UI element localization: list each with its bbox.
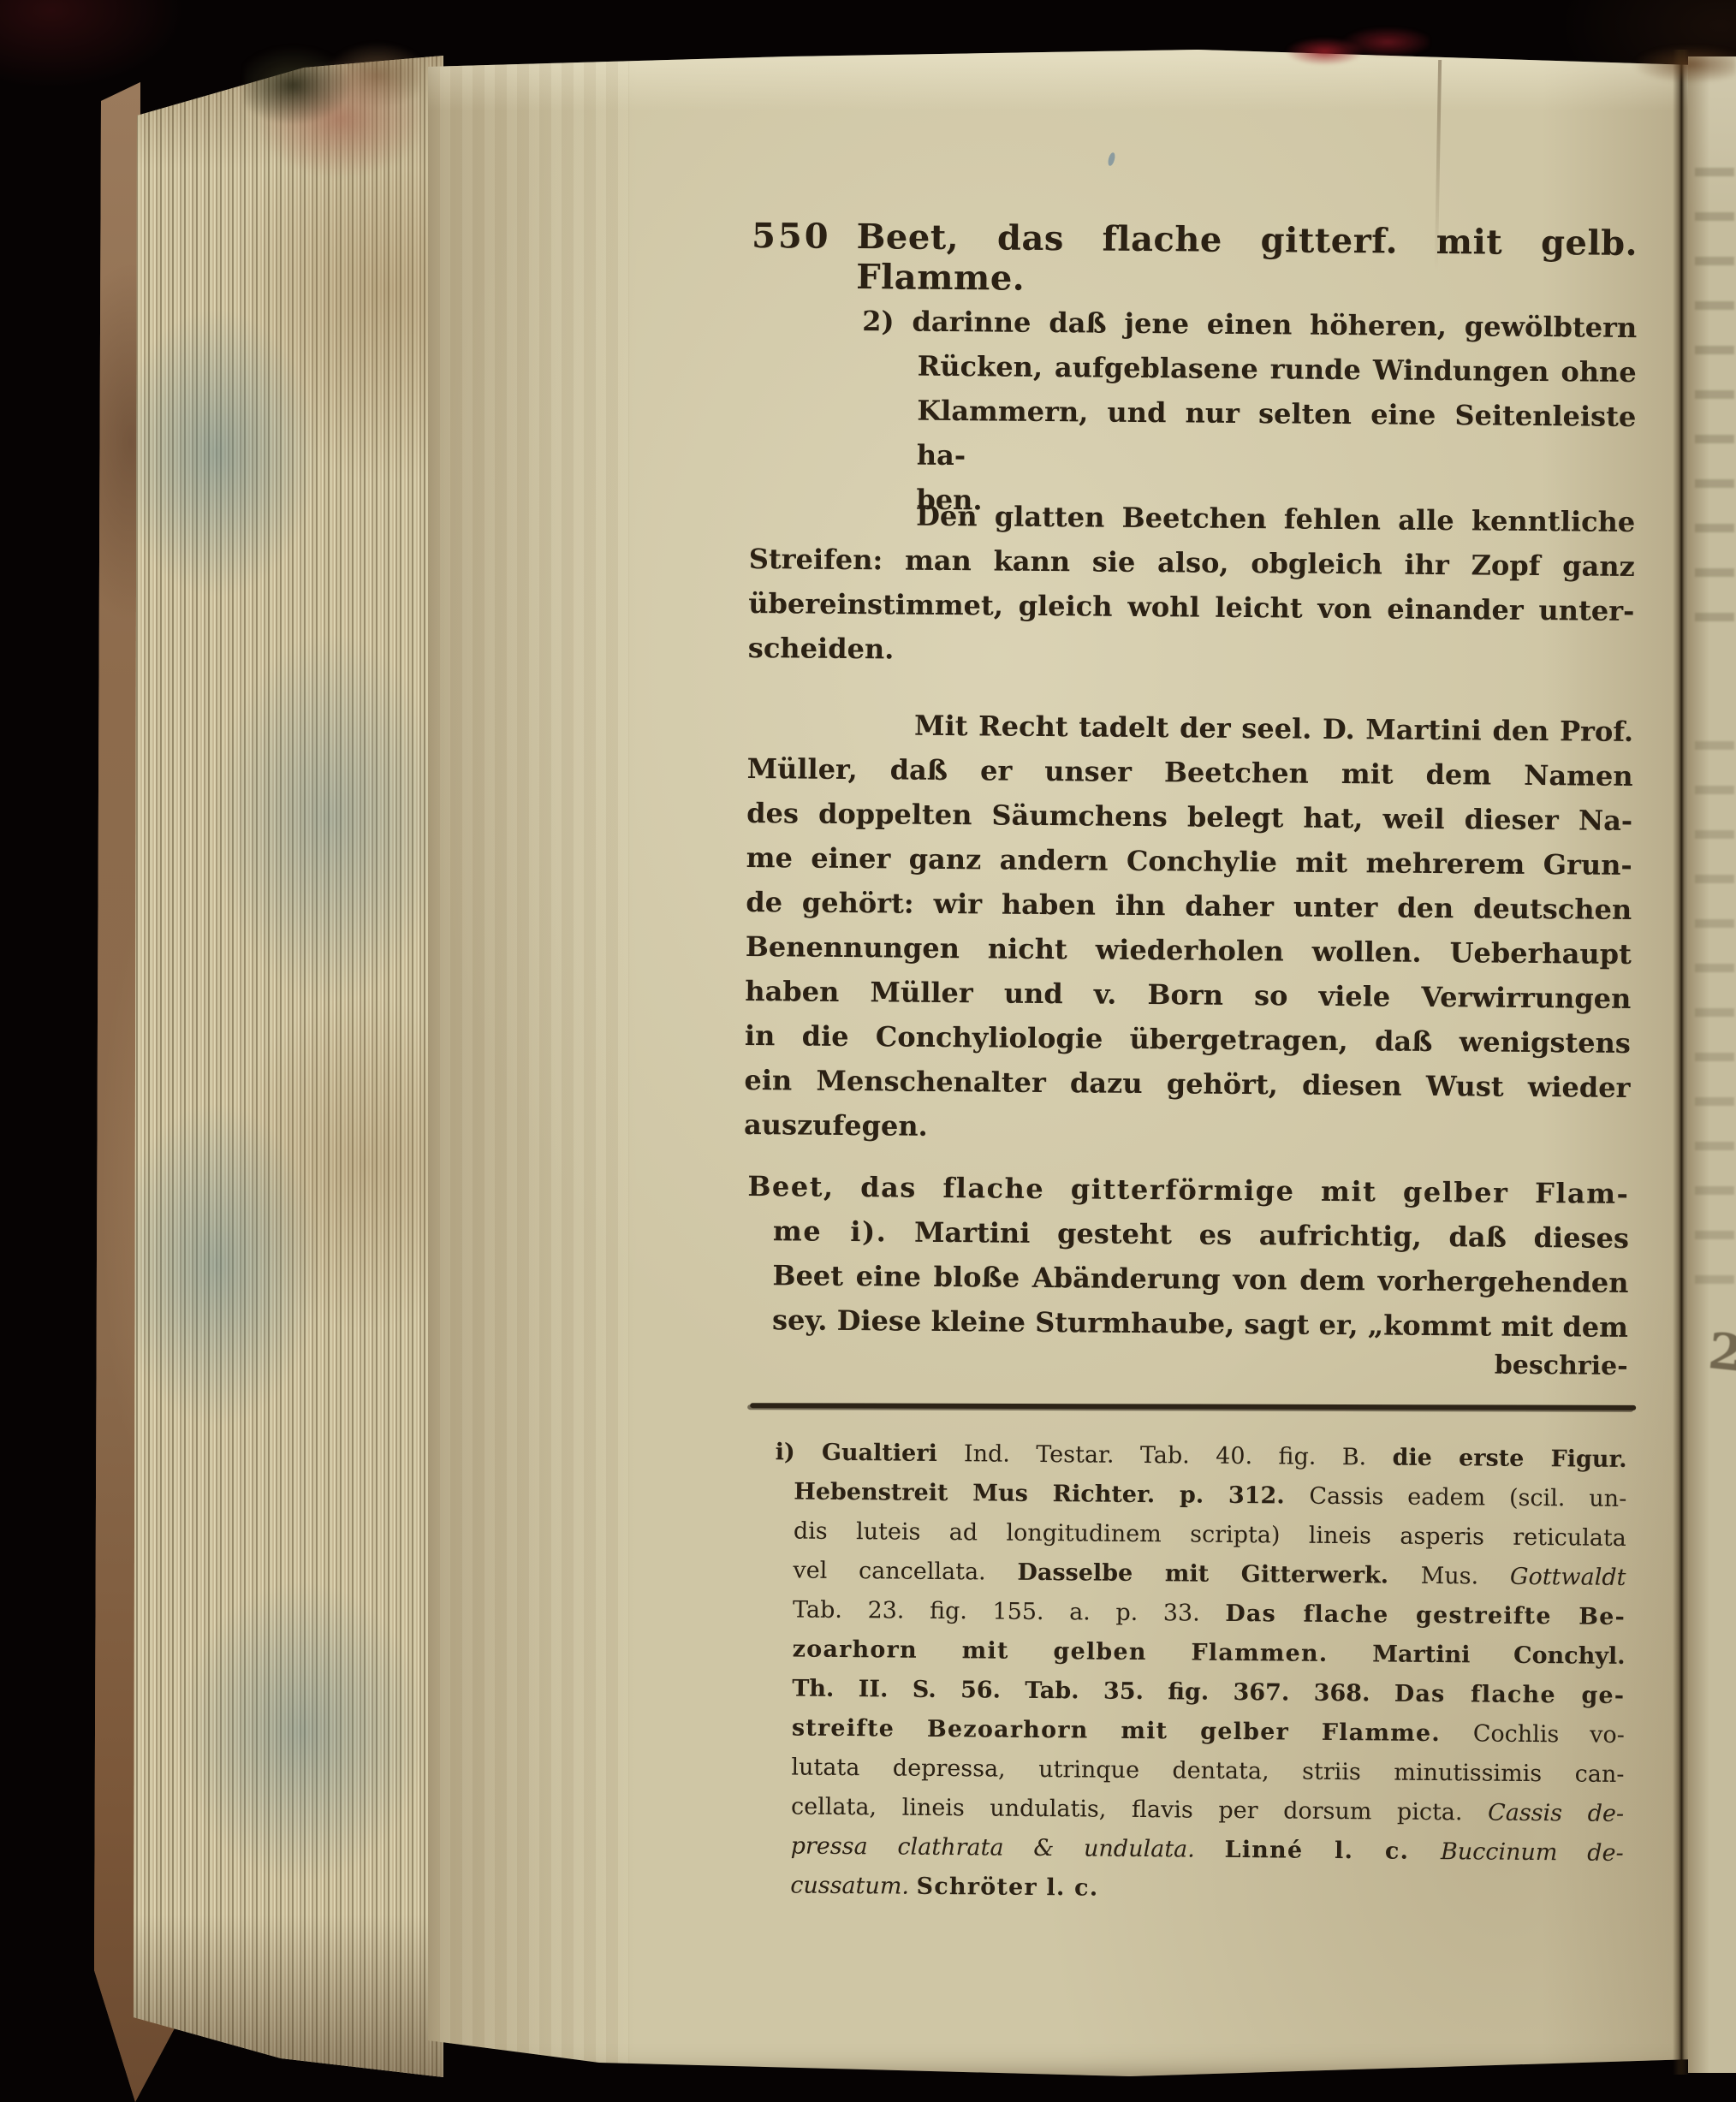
book-page: 550 Beet, das flache gitterf. mit gelb. … (428, 50, 1693, 2080)
text-line: haben Müller und v. Born so viele Verwir… (745, 969, 1631, 1021)
footnote: i) Gualtieri Ind. Testar. Tab. 40. fig. … (737, 1433, 1627, 1913)
footnote-line: cussatum. Schröter l. c. (790, 1866, 1623, 1912)
text-line: Klammern, und nur selten eine Seitenleis… (917, 389, 1637, 484)
page-stack-fore-edge (128, 47, 443, 2077)
text-line: Müller, daß er unser Beetchen mit dem Na… (746, 746, 1632, 799)
text-line: ein Menschenalter dazu gehört, diesen Wu… (744, 1058, 1630, 1110)
binding-shadow (1625, 33, 1736, 86)
text-line: 2) darinne daß jene einen höheren, gewöl… (862, 299, 1637, 350)
gutter-shadow (1673, 50, 1690, 2075)
text-line: Streifen: man kann sie also, obgleich ih… (749, 537, 1635, 589)
bleedthrough-mark: 2 (1705, 1321, 1736, 1383)
running-header: 550 Beet, das flache gitterf. mit gelb. … (751, 216, 1638, 304)
text-line: de gehört: wir haben ihn daher unter den… (746, 880, 1632, 932)
text-line: me einer ganz andern Conchylie mit mehre… (746, 835, 1632, 888)
footnote-rule (750, 1403, 1636, 1410)
text-line: sey. Diese kleine Sturmhaube, sagt er, „… (772, 1297, 1628, 1350)
page-text: 550 Beet, das flache gitterf. mit gelb. … (735, 50, 1639, 2087)
headband-red (1280, 22, 1430, 69)
book-photo: 550 Beet, das flache gitterf. mit gelb. … (0, 0, 1736, 2102)
page-number: 550 (751, 216, 830, 297)
text-line: auszufegen. (744, 1102, 1630, 1155)
entry-heading-line: Beet, das flache gitterförmige mit gelbe… (747, 1164, 1629, 1216)
damaged-corner (244, 30, 419, 193)
facing-page-sliver: 2 (1688, 56, 1736, 2073)
text-line: in die Conchyliologie übergetragen, daß … (745, 1013, 1631, 1066)
text-line: Mit Recht tadelt der seel. D. Martini de… (914, 704, 1633, 754)
bleedthrough-lines (1695, 741, 1734, 1289)
page-header-title: Beet, das flache gitterf. mit gelb. Flam… (856, 217, 1638, 304)
paragraph: Den glatten Beetchen fehlen alle kenntli… (748, 492, 1636, 678)
paragraph: Mit Recht tadelt der seel. D. Martini de… (744, 702, 1633, 1155)
page-curl-shading (428, 50, 629, 2080)
text-line: Rücken, aufgeblasene runde Windungen ohn… (918, 344, 1637, 395)
bleedthrough-lines (1695, 168, 1734, 647)
text-line: übereinstimmet, gleich wohl leicht von e… (748, 581, 1634, 633)
text-line: Den glatten Beetchen fehlen alle kenntli… (916, 494, 1635, 544)
text-line: scheiden. (748, 626, 1634, 678)
catchword: beschrie- (742, 1344, 1628, 1381)
text-line: me i). Martini gesteht es aufrichtig, da… (773, 1208, 1629, 1261)
text-line: Benennungen nicht wiederholen wollen. Ue… (746, 924, 1632, 977)
entry-paragraph: Beet, das flache gitterförmige mit gelbe… (742, 1164, 1630, 1350)
text-line: des doppelten Säumchens belegt hat, weil… (746, 791, 1632, 843)
text-line: Beet eine bloße Abänderung von dem vorhe… (772, 1253, 1628, 1305)
